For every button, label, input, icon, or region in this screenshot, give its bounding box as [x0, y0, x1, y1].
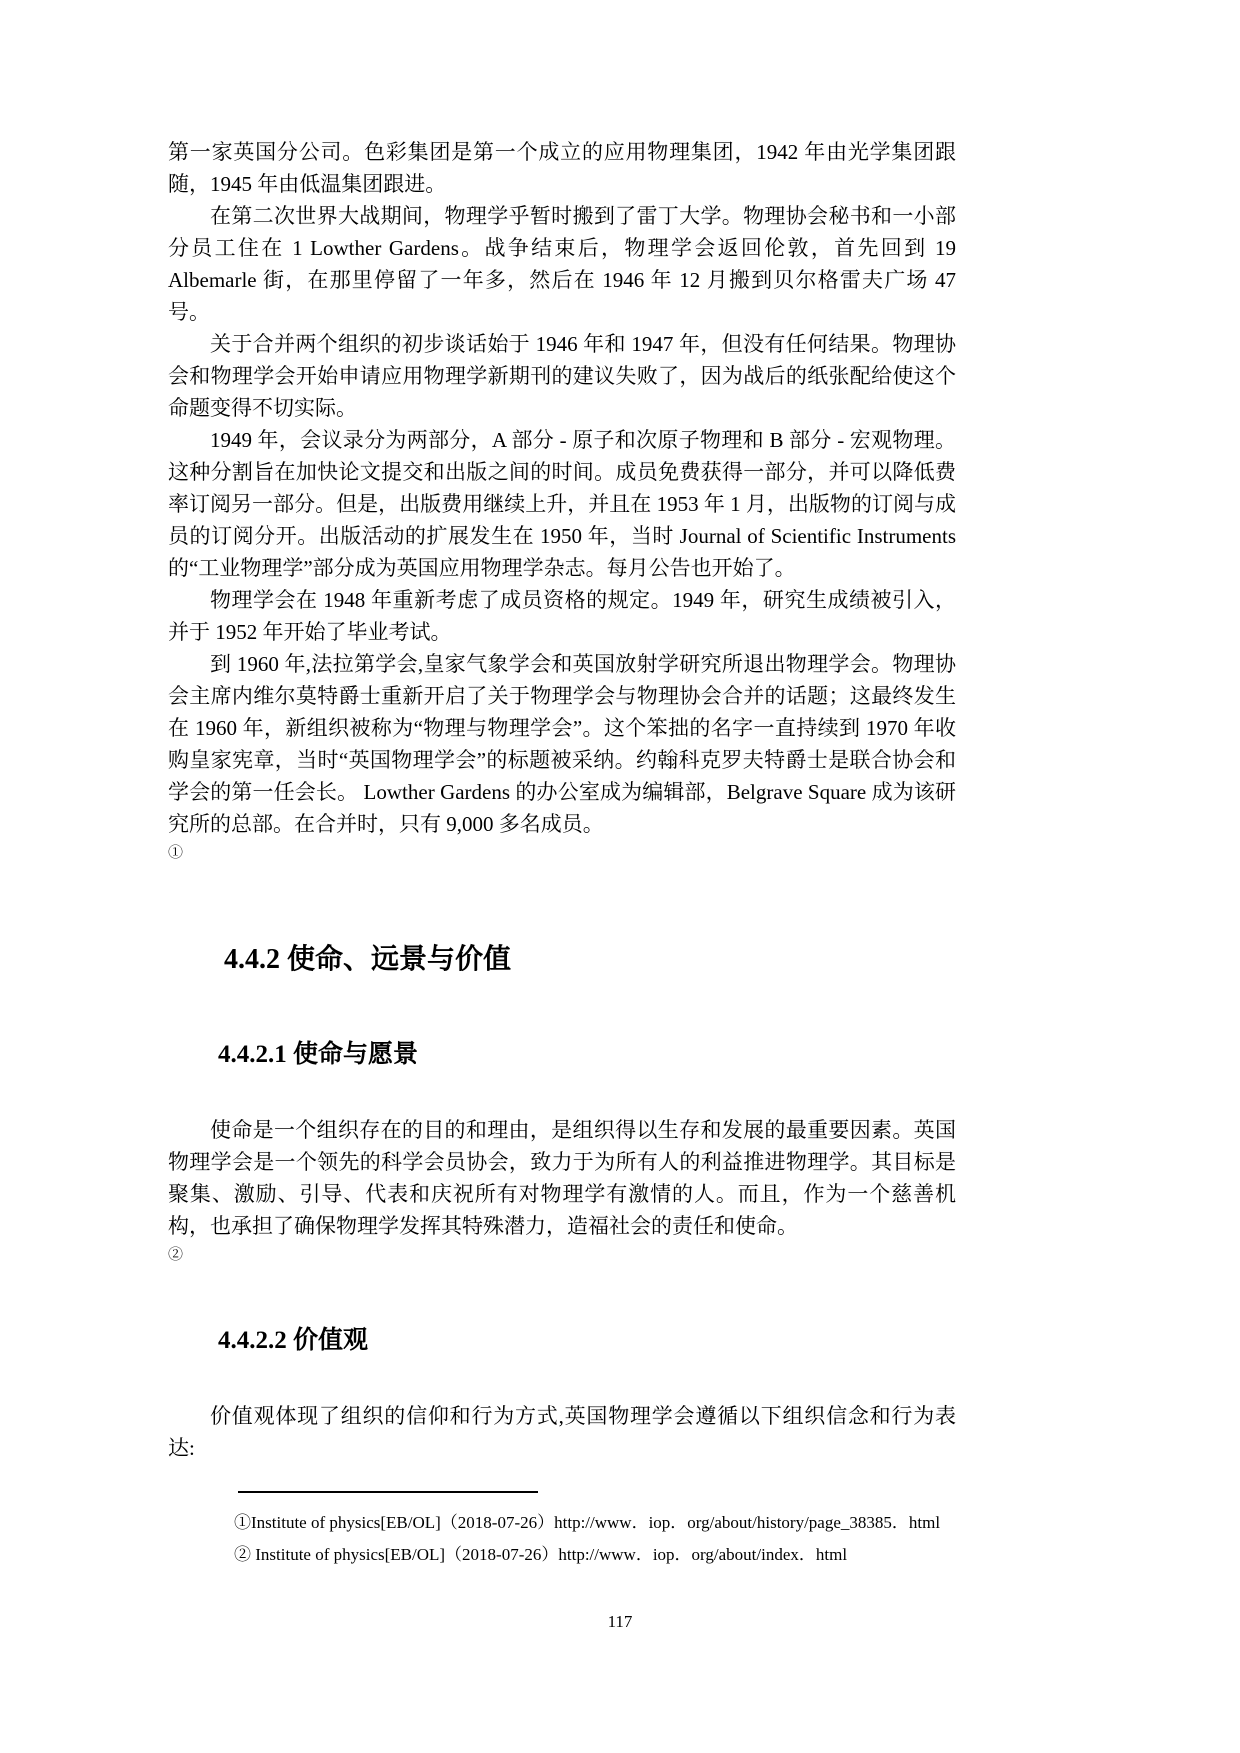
subsection-heading-4422: 4.4.2.2 价值观 — [218, 1324, 956, 1358]
footnote-1: ①Institute of physics[EB/OL]（2018-07-26）… — [234, 1508, 956, 1538]
paragraph-mission: 使命是一个组织存在的目的和理由，是组织得以生存和发展的最重要因素。英国物理学会是… — [168, 1114, 956, 1242]
section-heading-442: 4.4.2 使命、远景与价值 — [224, 942, 956, 978]
document-page: 第一家英国分公司。色彩集团是第一个成立的应用物理集团，1942 年由光学集团跟随… — [0, 0, 1240, 1753]
footnote-marker-1: ① — [168, 840, 956, 866]
footnote-divider — [238, 1491, 538, 1493]
page-number: 117 — [0, 1610, 1240, 1634]
text-column: 第一家英国分公司。色彩集团是第一个成立的应用物理集团，1942 年由光学集团跟随… — [168, 136, 956, 1570]
subsection-heading-4421: 4.4.2.1 使命与愿景 — [218, 1038, 956, 1072]
paragraph-merger-talks: 关于合并两个组织的初步谈话始于 1946 年和 1947 年，但没有任何结果。物… — [168, 328, 956, 424]
footnote-2: ② Institute of physics[EB/OL]（2018-07-26… — [234, 1540, 956, 1570]
paragraph-1960-merger: 到 1960 年,法拉第学会,皇家气象学会和英国放射学研究所退出物理学会。物理协… — [168, 648, 956, 840]
footnote-marker-2: ② — [168, 1242, 956, 1268]
paragraph-1949-split: 1949 年，会议录分为两部分，A 部分 - 原子和次原子物理和 B 部分 - … — [168, 424, 956, 584]
paragraph-values: 价值观体现了组织的信仰和行为方式,英国物理学会遵循以下组织信念和行为表达: — [168, 1400, 956, 1464]
footnote-area: ①Institute of physics[EB/OL]（2018-07-26）… — [168, 1491, 956, 1570]
paragraph-ww2: 在第二次世界大战期间，物理学乎暂时搬到了雷丁大学。物理协会秘书和一小部分员工住在… — [168, 200, 956, 328]
paragraph-continuation: 第一家英国分公司。色彩集团是第一个成立的应用物理集团，1942 年由光学集团跟随… — [168, 136, 956, 200]
paragraph-membership: 物理学会在 1948 年重新考虑了成员资格的规定。1949 年，研究生成绩被引入… — [168, 584, 956, 648]
